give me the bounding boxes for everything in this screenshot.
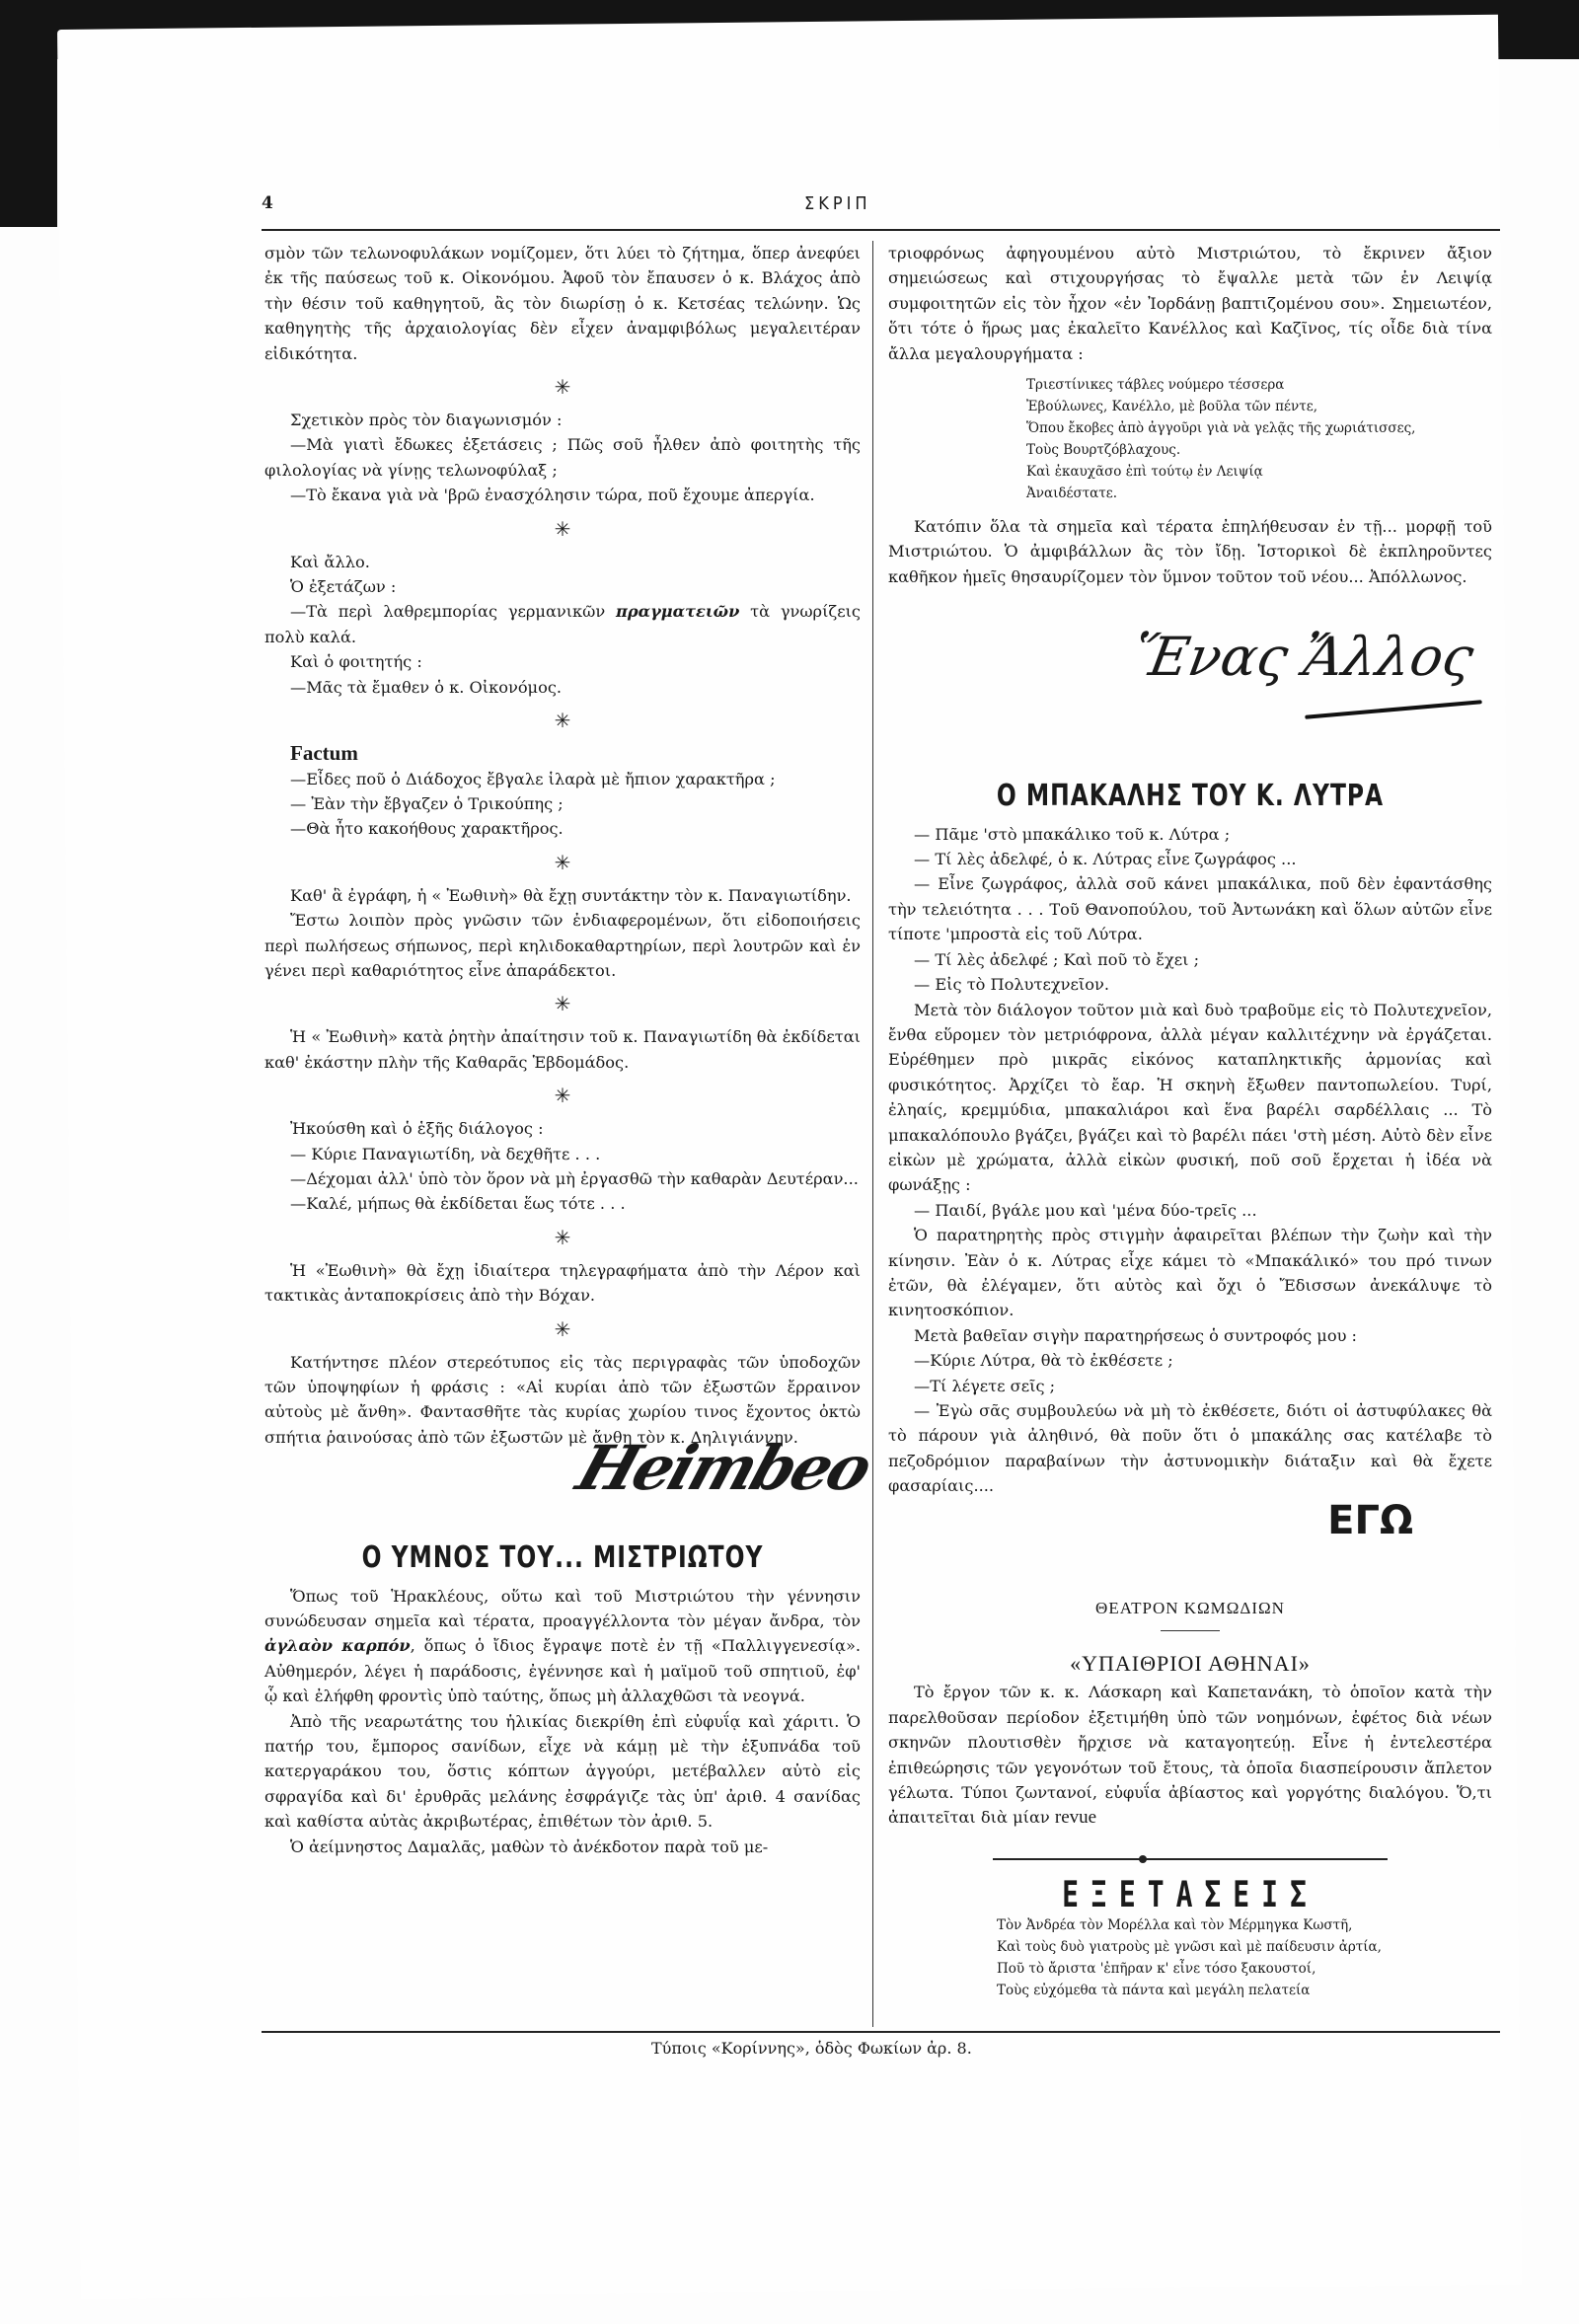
asterisk-separator-icon: ✳ [264,370,861,404]
dialogue-line: — Πᾶμε 'στὸ μπακάλικο τοῦ κ. Λύτρα ; [888,822,1492,847]
printer-imprint: Τύποις «Κορίννης», ὁδὸς Φωκίων ἀρ. 8. [651,2039,972,2058]
signature-text: Ἕνας Ἄλλος [1131,644,1474,669]
student-label: Καὶ ὁ φοιτητής : [264,649,861,674]
hymn-headline: Ο ΥΜΝΟΣ ΤΟΥ... ΜΙΣΤΡΙΩΤΟΥ [264,1544,861,1573]
factum-line: —Εἶδες ποῦ ὁ Διάδοχος ἔβγαλε ἱλαρὰ μὲ ἤπ… [264,767,861,791]
dialogue-lead: Ἠκούσθη καὶ ὁ ἑξῆς διάλογος : [264,1116,861,1141]
bakalis-paragraph-1: Μετὰ τὸν διάλογον τοῦτον μιὰ καὶ δυὸ τρα… [888,998,1492,1198]
telegrams-paragraph: Ἡ «Ἐωθινὴ» θὰ ἔχῃ ἰδιαίτερα τηλεγραφήματ… [264,1258,861,1309]
asterisk-separator-icon: ✳ [264,987,861,1020]
exams-poem: Τὸν Ἀνδρέα τὸν Μορέλλα καὶ τὸν Μέρμηγκα … [997,1914,1492,2001]
examiner-label: Ὁ ἐξετάζων : [264,574,861,599]
poem-line: Καὶ ἐκαυχᾶσο ἐπὶ τούτῳ ἐν Λειψίᾳ [1026,461,1492,483]
asterisk-separator-icon: ✳ [264,1221,861,1254]
page-number: 4 [262,193,273,213]
scan-background-left [0,0,57,227]
dialogue-line: — Κύριε Παναγιωτίδη, νὰ δεχθῆτε . . . [264,1142,861,1166]
hymn-text: Ὅπως τοῦ Ἡρακλέους, οὕτω καὶ τοῦ Μιστριώ… [264,1587,861,1630]
emphasis-text: ἀγλαὸν καρπόν [264,1636,411,1655]
student-answer: —Μᾶς τὰ ἔμαθεν ὁ κ. Οἰκονόμος. [264,675,861,700]
asterisk-separator-icon: ✳ [264,846,861,879]
hymn-conclusion: Κατόπιν ὅλα τὰ σημεῖα καὶ τέρατα ἐπηλήθε… [888,514,1492,589]
poem-line: Καὶ τοὺς δυὸ γιατροὺς μὲ γνῶσι καὶ μὲ πα… [997,1936,1492,1958]
bakalis-shout: — Παιδί, βγάλε μου καὶ 'μένα δύο-τρεῖς .… [888,1198,1492,1223]
poem-line: Ἀναιδέστατε. [1026,483,1492,504]
asterisk-separator-icon: ✳ [264,1079,861,1112]
masthead-title: ΣΚΡΙΠ [804,193,871,214]
theatre-review: Τὸ ἔργον τῶν κ. κ. Λάσκαρη καὶ Καπετανάκ… [888,1680,1492,1830]
header-rule [262,229,1500,231]
left-column: σμὸν τῶν τελωνοφυλάκων νομίζομεν, ὅτι λύ… [264,241,861,1859]
dialogue-line: — Εἰς τὸ Πολυτεχνεῖον. [888,972,1492,997]
poem-line: Τοὺς Βουρτζόβλαχους. [1026,439,1492,461]
factum-heading: Factum [264,741,861,766]
review-text: Τὸ ἔργον τῶν κ. κ. Λάσκαρη καὶ Καπετανάκ… [888,1683,1492,1827]
hymn-continuation: τριοφρόνως ἀφηγουμένου αὐτὸ Μιστριώτου, … [888,241,1492,366]
signature-flourish [1305,700,1482,719]
poem-line: Ἐβούλωνες, Κανέλλο, μὲ βοῦλα τῶν πέντε, [1026,396,1492,417]
asterisk-separator-icon: ✳ [264,1312,861,1346]
latin-word: revue [1055,1807,1096,1828]
factum-line: —Θὰ ἦτο κακοήθους χαρακτῆρος. [264,816,861,841]
right-column: τριοφρόνως ἀφηγουμένου αὐτὸ Μιστριώτου, … [888,241,1492,2001]
asterisk-separator-icon: ✳ [264,704,861,737]
factum-line: — Ἐὰν τὴν ἔβγαζεν ὁ Τρικούπης ; [264,791,861,816]
poem-line: Ὅπου ἔκοβες ἀπὸ ἀγγοῦρι γιὰ νὰ γελᾷς τῆς… [1026,417,1492,439]
signature-text: ΕΓΩ [1327,1509,1413,1534]
short-rule [1161,1630,1220,1631]
theatre-play-title: «ΥΠΑΙΘΡΙΟΙ ΑΘΗΝΑΙ» [888,1651,1492,1676]
dialogue-line: —Δέχομαι ἀλλ' ὑπὸ τὸν ὅρον νὰ μὴ ἐργασθῶ… [264,1166,861,1191]
poem-line: Ποῦ τὸ ἄριστα 'ἐπῆραν κ' εἶνε τόσο ξακου… [997,1958,1492,1980]
kai-allo-lead: Καὶ ἄλλο. [264,550,861,574]
poem-line: Τὸν Ἀνδρέα τὸν Μορέλλα καὶ τὸν Μέρμηγκα … [997,1914,1492,1936]
dialogue-line: — Τί λὲς ἀδελφέ, ὁ κ. Λύτρας εἶνε ζωγράφ… [888,847,1492,871]
signature-text: Heimbeo [576,1456,871,1480]
page-header: 4 ΣΚΡΙΠ [262,193,1500,227]
column-divider [872,241,873,2027]
dialogue-line: —Καλέ, μήπως θὰ ἐκδίδεται ἕως τότε . . . [264,1191,861,1216]
hymn-poem: Τριεστίνικες τάβλες νούμερο τέσσερα Ἐβού… [1026,374,1492,504]
notice-paragraph: Ἔστω λοιπὸν πρὸς γνῶσιν τῶν ἐνδιαφερομέν… [264,908,861,983]
dialogue-line: —Τί λέγετε σεῖς ; [888,1374,1492,1398]
exams-headline: ΕΞΕΤΑΣΕΙΣ [888,1878,1492,1911]
emphasis-text: πραγματειῶν [616,602,739,621]
asterisk-separator-icon: ✳ [264,512,861,546]
hymn-paragraph-2: Ἀπὸ τῆς νεαρωτάτης του ἡλικίας διεκρίθη … [264,1709,861,1835]
question-text: —Τὰ περὶ λαθρεμπορίας γερμανικῶν [290,602,616,621]
hymn-paragraph-1: Ὅπως τοῦ Ἡρακλέους, οὕτω καὶ τοῦ Μιστριώ… [264,1584,861,1709]
poem-line: Τοὺς εὐχόμεθα τὰ πάντα καὶ μεγάλη πελατε… [997,1980,1492,2001]
examiner-question: —Τὰ περὶ λαθρεμπορίας γερμανικῶν πραγματ… [264,599,861,649]
diagonismos-lead: Σχετικὸν πρὸς τὸν διαγωνισμόν : [264,408,861,432]
eothini-schedule-paragraph: Ἡ « Ἐωθινὴ» κατὰ ῥητὴν ἀπαίτησιν τοῦ κ. … [264,1024,861,1075]
handwritten-signature: Heimbeo [264,1450,861,1538]
diagonismos-answer: —Τὸ ἔκανα γιὰ νὰ 'βρῶ ἐνασχόλησιν τώρα, … [264,483,861,507]
ornament-rule [993,1858,1388,1860]
handwritten-signature: ΕΓΩ [888,1499,1492,1590]
dialogue-line: — Εἶνε ζωγράφος, ἀλλὰ σοῦ κάνει μπακάλικ… [888,871,1492,946]
footer-rule [262,2031,1500,2033]
poem-line: Τριεστίνικες τάβλες νούμερο τέσσερα [1026,374,1492,396]
hymn-paragraph-3: Ὁ ἀείμνηστος Δαμαλᾶς, μαθὼν τὸ ἀνέκδοτον… [264,1835,861,1859]
dialogue-line: — Τί λὲς ἀδελφέ ; Καὶ ποῦ τὸ ἔχει ; [888,947,1492,972]
bakalis-paragraph-2: Ὁ παρατηρητὴς πρὸς στιγμὴν ἀφαιρεῖται βλ… [888,1223,1492,1323]
diagonismos-question: —Μὰ γιατὶ ἔδωκες ἐξετάσεις ; Πῶς σοῦ ἦλθ… [264,432,861,483]
bakalis-paragraph-3: Μετὰ βαθεῖαν σιγὴν παρατηρήσεως ὁ συντρο… [888,1323,1492,1348]
eothini-editor-paragraph: Καθ' ἃ ἐγράφη, ἡ « Ἐωθινὴ» θὰ ἔχῃ συντάκ… [264,883,861,908]
handwritten-signature: Ἕνας Ἄλλος [888,589,1492,777]
intro-paragraph: σμὸν τῶν τελωνοφυλάκων νομίζομεν, ὅτι λύ… [264,241,861,366]
theatre-section-label: ΘΕΑΤΡΟΝ ΚΩΜΩΔΙΩΝ [888,1596,1492,1620]
dialogue-line: —Κύριε Λύτρα, θὰ τὸ ἐκθέσετε ; [888,1348,1492,1373]
bakalis-headline: Ο ΜΠΑΚΑΛΗΣ ΤΟΥ Κ. ΛΥΤΡΑ [888,783,1492,811]
dialogue-line: — Ἐγὼ σᾶς συμβουλεύω νὰ μὴ τὸ ἐκθέσετε, … [888,1398,1492,1499]
